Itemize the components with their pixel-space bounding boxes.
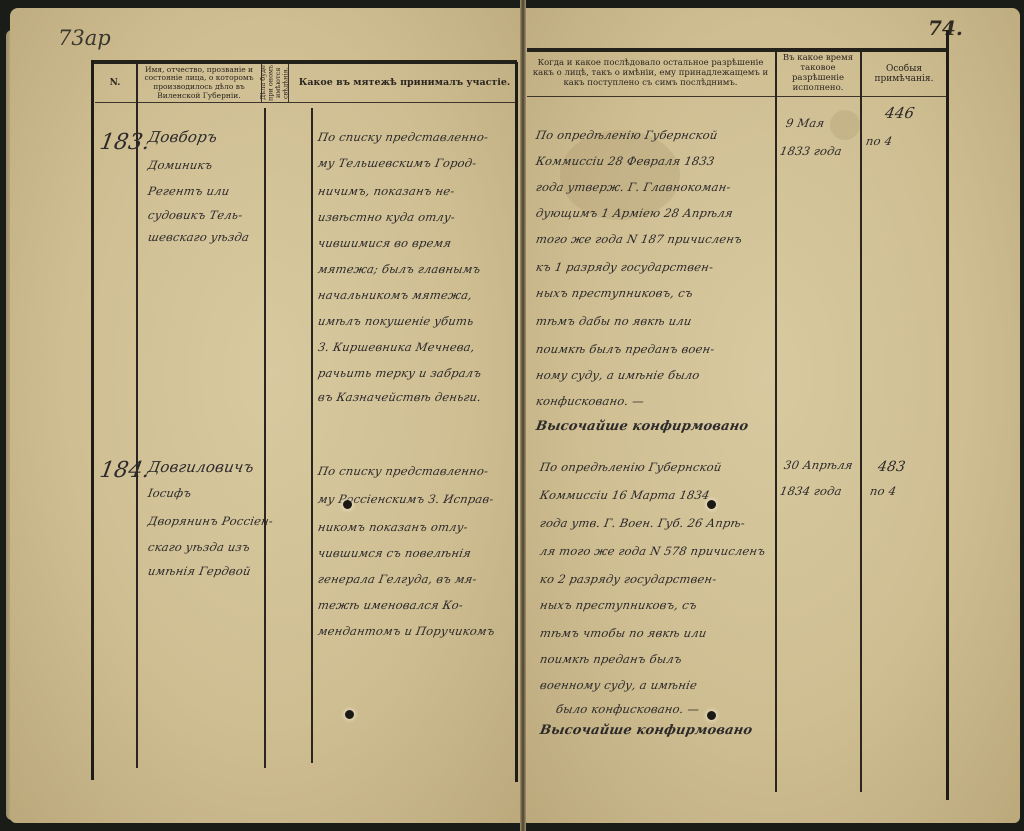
column-divider xyxy=(775,52,777,792)
header-bottom-rule-right xyxy=(527,96,947,97)
resolution-line: Коммиссіи 28 Февраля 1833 xyxy=(535,156,715,168)
resolution-line: тѣмъ дабы по явкѣ или xyxy=(535,316,692,328)
confirmation-line: Высочайше конфирмовано xyxy=(535,420,750,433)
participation-line: чившимся съ повелѣнія xyxy=(317,548,472,560)
column-divider xyxy=(860,52,862,792)
person-line: судовикъ Тель- xyxy=(147,210,243,222)
person-line: Доминикъ xyxy=(147,160,213,172)
executed-year: 1833 года xyxy=(779,146,843,158)
participation-line: извѣстно куда отлу- xyxy=(317,212,456,224)
resolution-line: Коммиссіи 16 Марта 1834 xyxy=(539,490,711,502)
participation-line: никомъ показанъ отлу- xyxy=(317,522,469,534)
participation-line: мендантомъ и Поручикомъ xyxy=(317,626,496,638)
participation-line: генерала Гелгуда, въ мя- xyxy=(317,574,478,586)
table-left-border xyxy=(91,60,94,780)
resolution-line: поимкѣ былъ преданъ воен- xyxy=(535,344,715,356)
person-surname: Довгиловичъ xyxy=(147,460,255,475)
participation-line: По списку представленно- xyxy=(317,466,489,478)
executed-date: 9 Мая xyxy=(785,118,825,130)
resolution-line: ко 2 разряду государствен- xyxy=(539,574,717,586)
confirmation-line: Высочайше конфирмовано xyxy=(539,724,754,737)
participation-line: ничимъ, показанъ не- xyxy=(317,186,455,198)
resolution-line: ныхъ преступниковъ, съ xyxy=(535,288,694,300)
participation-line: тежѣ именовался Ко- xyxy=(317,600,464,612)
participation-line: мятежа; былъ главнымъ xyxy=(317,264,481,276)
binding-hole xyxy=(707,500,716,509)
resolution-line: военному суду, а имѣніе xyxy=(539,680,698,692)
entry-number: 184. xyxy=(98,460,152,482)
binding-hole xyxy=(343,500,352,509)
book-spread: 73ap 74. N. Имя, отчество, прозваніе и с… xyxy=(0,0,1024,831)
person-surname: Довборъ xyxy=(147,130,219,145)
header-notes: Особыя примѣчанія. xyxy=(862,52,946,96)
participation-line: чившимися во время xyxy=(317,238,452,250)
person-line: Іосифъ xyxy=(147,488,192,500)
resolution-line: По опредѣленію Губернской xyxy=(535,130,718,142)
resolution-line: того же года N 187 причисленъ xyxy=(535,234,743,246)
resolution-line: поимкѣ преданъ былъ xyxy=(539,654,683,666)
header-person: Имя, отчество, прозваніе и состояніе лиц… xyxy=(138,64,260,102)
header-participation: Какое въ мятежѣ принималъ участіе. xyxy=(292,64,517,102)
folio-number-left: 73ap xyxy=(58,26,111,50)
resolution-line: къ 1 разряду государствен- xyxy=(535,262,714,274)
executed-date: 30 Апрѣля xyxy=(783,460,854,472)
executed-year: 1834 года xyxy=(779,486,843,498)
participation-line: З. Киршевника Мечнева, xyxy=(317,342,476,354)
resolution-line: ныхъ преступниковъ, съ xyxy=(539,600,698,612)
person-line: имѣнія Гердвой xyxy=(147,566,252,578)
column-divider xyxy=(515,62,518,782)
entry-number: 183. xyxy=(98,132,152,154)
header-bottom-rule-left xyxy=(95,102,517,103)
resolution-line: конфисковано. — xyxy=(535,396,645,408)
resolution-line: года утверж. Г. Главнокоман- xyxy=(535,182,732,194)
note-ref: по 4 xyxy=(865,136,893,148)
resolution-line: тѣмъ чтобы по явкѣ или xyxy=(539,628,707,640)
resolution-line: ля того же года N 578 причисленъ xyxy=(539,546,766,558)
binding-hole xyxy=(707,711,716,720)
column-divider xyxy=(311,108,313,763)
column-divider xyxy=(264,108,266,768)
resolution-line: дующимъ 1 Арміею 28 Апрѣля xyxy=(535,208,734,220)
person-line: скаго уѣзда изъ xyxy=(147,542,251,554)
header-number: N. xyxy=(94,64,136,102)
resolution-line: года утв. Г. Воен. Губ. 26 Апрѣ- xyxy=(539,518,746,530)
book-gutter xyxy=(520,0,526,831)
note-number: 483 xyxy=(877,460,907,474)
binding-hole xyxy=(345,710,354,719)
header-narrow: Дѣла буде при ономъ имѣются свѣдѣнія. xyxy=(262,64,288,102)
participation-line: имѣлъ покушеніе убить xyxy=(317,316,475,328)
note-ref: по 4 xyxy=(869,486,897,498)
participation-line: му Тельшевскимъ Город- xyxy=(317,158,477,170)
participation-line: въ Казначействѣ деньги. xyxy=(317,392,482,404)
header-resolution: Когда и какое послѣдовало остальное разр… xyxy=(527,52,774,96)
participation-line: По списку представленно- xyxy=(317,132,489,144)
resolution-line: было конфисковано. — xyxy=(555,704,700,716)
person-line: Дворянинъ Россіен- xyxy=(147,516,274,528)
resolution-line: По опредѣленію Губернской xyxy=(539,462,722,474)
person-line: Регентъ или xyxy=(147,186,230,198)
person-line: шевскаго уѣзда xyxy=(147,232,250,244)
column-divider xyxy=(136,64,138,768)
resolution-line: ному суду, а имѣніе было xyxy=(535,370,701,382)
paper-stain xyxy=(830,110,860,140)
note-number: 446 xyxy=(884,106,916,121)
participation-line: начальникомъ мятежа, xyxy=(317,290,473,302)
table-right-border xyxy=(946,30,949,800)
header-executed: Въ какое время таковое разрѣшеніе исполн… xyxy=(777,52,859,96)
participation-line: рачьить терку и забралъ xyxy=(317,368,482,380)
